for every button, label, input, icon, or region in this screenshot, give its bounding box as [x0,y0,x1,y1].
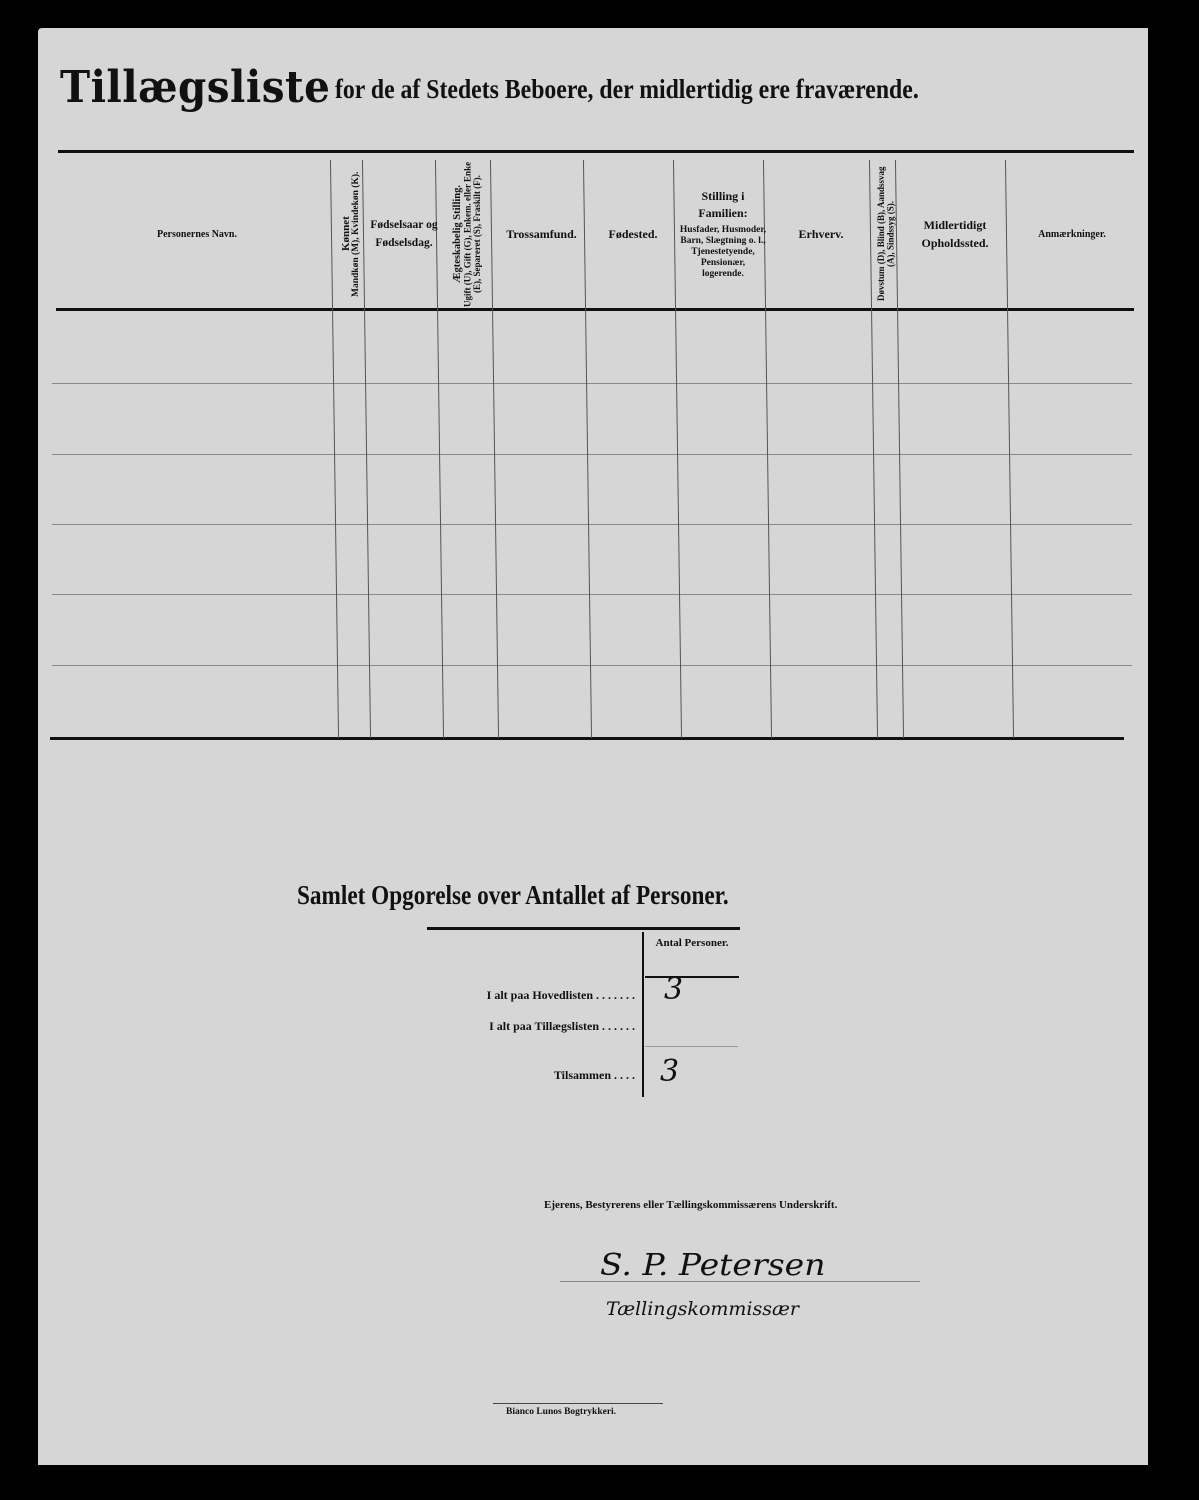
row-divider [52,383,1132,384]
header-stilling-sub: Husfader, Husmoder, Barn, Slægtning o. l… [679,225,767,280]
header-stilling-title: Stilling i Familien: [679,188,767,222]
form-subtitle-emphasis: fraværende. [796,74,919,104]
printer-rule [493,1403,663,1404]
form-subtitle: for de af Stedets Beboere, der midlertid… [335,74,919,105]
header-fodselsaar: Fødselsaar og Fødselsdag. [368,160,440,308]
header-personernes-navn: Personernes Navn. [60,160,334,308]
summary-subtotal-rule [645,1046,738,1047]
signature-caption: Ejerens, Bestyrerens eller Tællingskommi… [544,1199,837,1211]
summary-divider [642,932,644,1097]
header-aegteskabelig-text: Ægteskabelig Stilling. Ugift (U), Gift (… [453,161,483,307]
summary-top-rule [427,927,740,930]
header-stilling-i-familien: Stilling i Familien: Husfader, Husmoder,… [679,160,767,308]
header-trossamfund: Trossamfund. [496,160,587,308]
printer-imprint: Bianco Lunos Bogtrykkeri. [506,1407,616,1417]
header-fodested: Fødested. [589,160,677,308]
summary-title: Samlet Opgorelse over Antallet af Person… [297,880,729,911]
signature-role: Tællingskommissær [606,1298,799,1320]
row-divider [52,454,1132,455]
header-anmaerkninger: Anmærkninger. [1011,160,1133,308]
table-top-rule [58,150,1134,153]
summary-label-hovedlisten: I alt paa Hovedlisten . . . . . . . [487,988,635,1003]
header-dovstum: Døvstum (D), Blind (B), Aandssvag (A), S… [874,160,899,308]
form-subtitle-text: for de af Stedets Beboere, der midlertid… [335,74,790,104]
summary-label-tillaegslisten: I alt paa Tillægslisten . . . . . . [489,1019,635,1034]
signature-name: S. P. Petersen [600,1248,825,1283]
summary-label-tilsammen: Tilsammen . . . . [554,1068,635,1083]
header-dovstum-text: Døvstum (D), Blind (B), Aandssvag (A), S… [877,161,896,307]
summary-value-tilsammen: 3 [660,1054,679,1089]
header-aegteskabelig: Ægteskabelig Stilling. Ugift (U), Gift (… [441,160,494,308]
form-title: Tillægsliste [60,62,330,113]
header-midlertidigt-opholdssted: Midlertidigt Opholdssted. [901,160,1009,308]
row-divider [52,524,1132,525]
summary-value-hovedlisten: 3 [664,972,683,1007]
header-kjonnet: Kønnet Mandkøn (M), Kvindekøn (K). [336,160,366,308]
table-bottom-rule [50,737,1124,740]
row-divider [52,665,1132,666]
row-divider [52,594,1132,595]
summary-column-header: Antal Personer. [646,936,738,950]
header-erhverv: Erhverv. [769,160,873,308]
header-bottom-rule [56,308,1134,311]
header-kjonnet-text: Kønnet Mandkøn (M), Kvindekøn (K). [341,161,361,307]
summary-header-rule [645,976,739,978]
